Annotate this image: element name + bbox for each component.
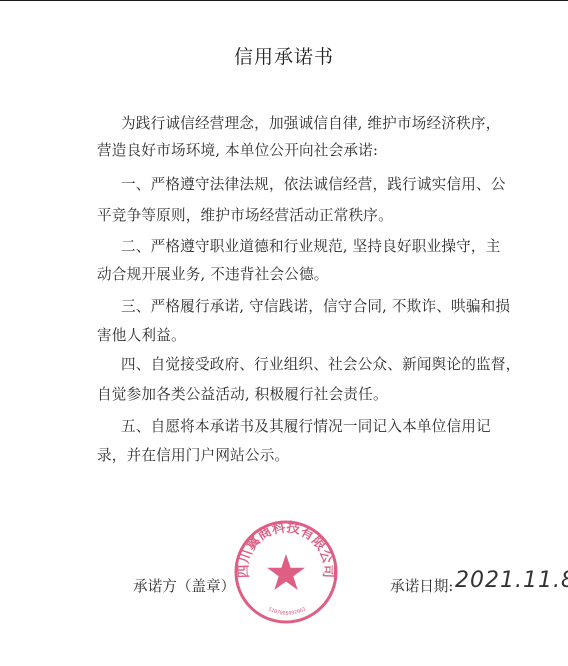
item-1-line-2: 平竞争等原则，维护市场经营活动正常秩序。 [97, 204, 393, 225]
intro-line-2: 营造良好市场环境, 本单位公开向社会承诺: [97, 139, 378, 160]
document-title: 信用承诺书 [0, 42, 568, 69]
item-1-line-1: 一、严格遵守法律法规，依法诚信经营，践行诚实信用、公 [121, 173, 506, 194]
commitment-date-handwritten: 2021.11.8. [455, 568, 568, 593]
star-icon [267, 554, 305, 590]
commitment-letter-page: 信用承诺书 为践行诚信经营理念，加强诚信自律, 维护市场经济秩序， 营造良好市场… [0, 0, 568, 666]
item-2-line-2: 动合规开展业务, 不违背社会公德。 [97, 263, 329, 284]
item-3-line-1: 三、严格履行承诺, 守信践诺，信守合同, 不欺诈、哄骗和损 [121, 295, 510, 316]
item-4-line-2: 自觉参加各类公益活动, 积极履行社会责任。 [97, 383, 388, 404]
item-3-line-2: 害他人利益。 [97, 324, 186, 345]
commitment-date-label: 承诺日期: [390, 575, 453, 596]
stamp-serial-number: 5107005092063 [267, 606, 307, 616]
company-seal-stamp: 四川冀商科技有限公司 5107005092063 [232, 518, 340, 626]
signatory-label: 承诺方（盖章） [133, 575, 235, 596]
item-4-line-1: 四、自觉接受政府、行业组织、社会公众、新闻舆论的监督， [121, 353, 520, 374]
item-5-line-1: 五、自愿将本承诺书及其履行情况一同记入本单位信用记 [121, 415, 491, 436]
item-2-line-1: 二、严格遵守职业道德和行业规范, 坚持良好职业操守，主 [121, 235, 501, 256]
intro-line-1: 为践行诚信经营理念，加强诚信自律, 维护市场经济秩序， [121, 112, 501, 133]
item-5-line-2: 录，并在信用门户网站公示。 [97, 444, 289, 465]
